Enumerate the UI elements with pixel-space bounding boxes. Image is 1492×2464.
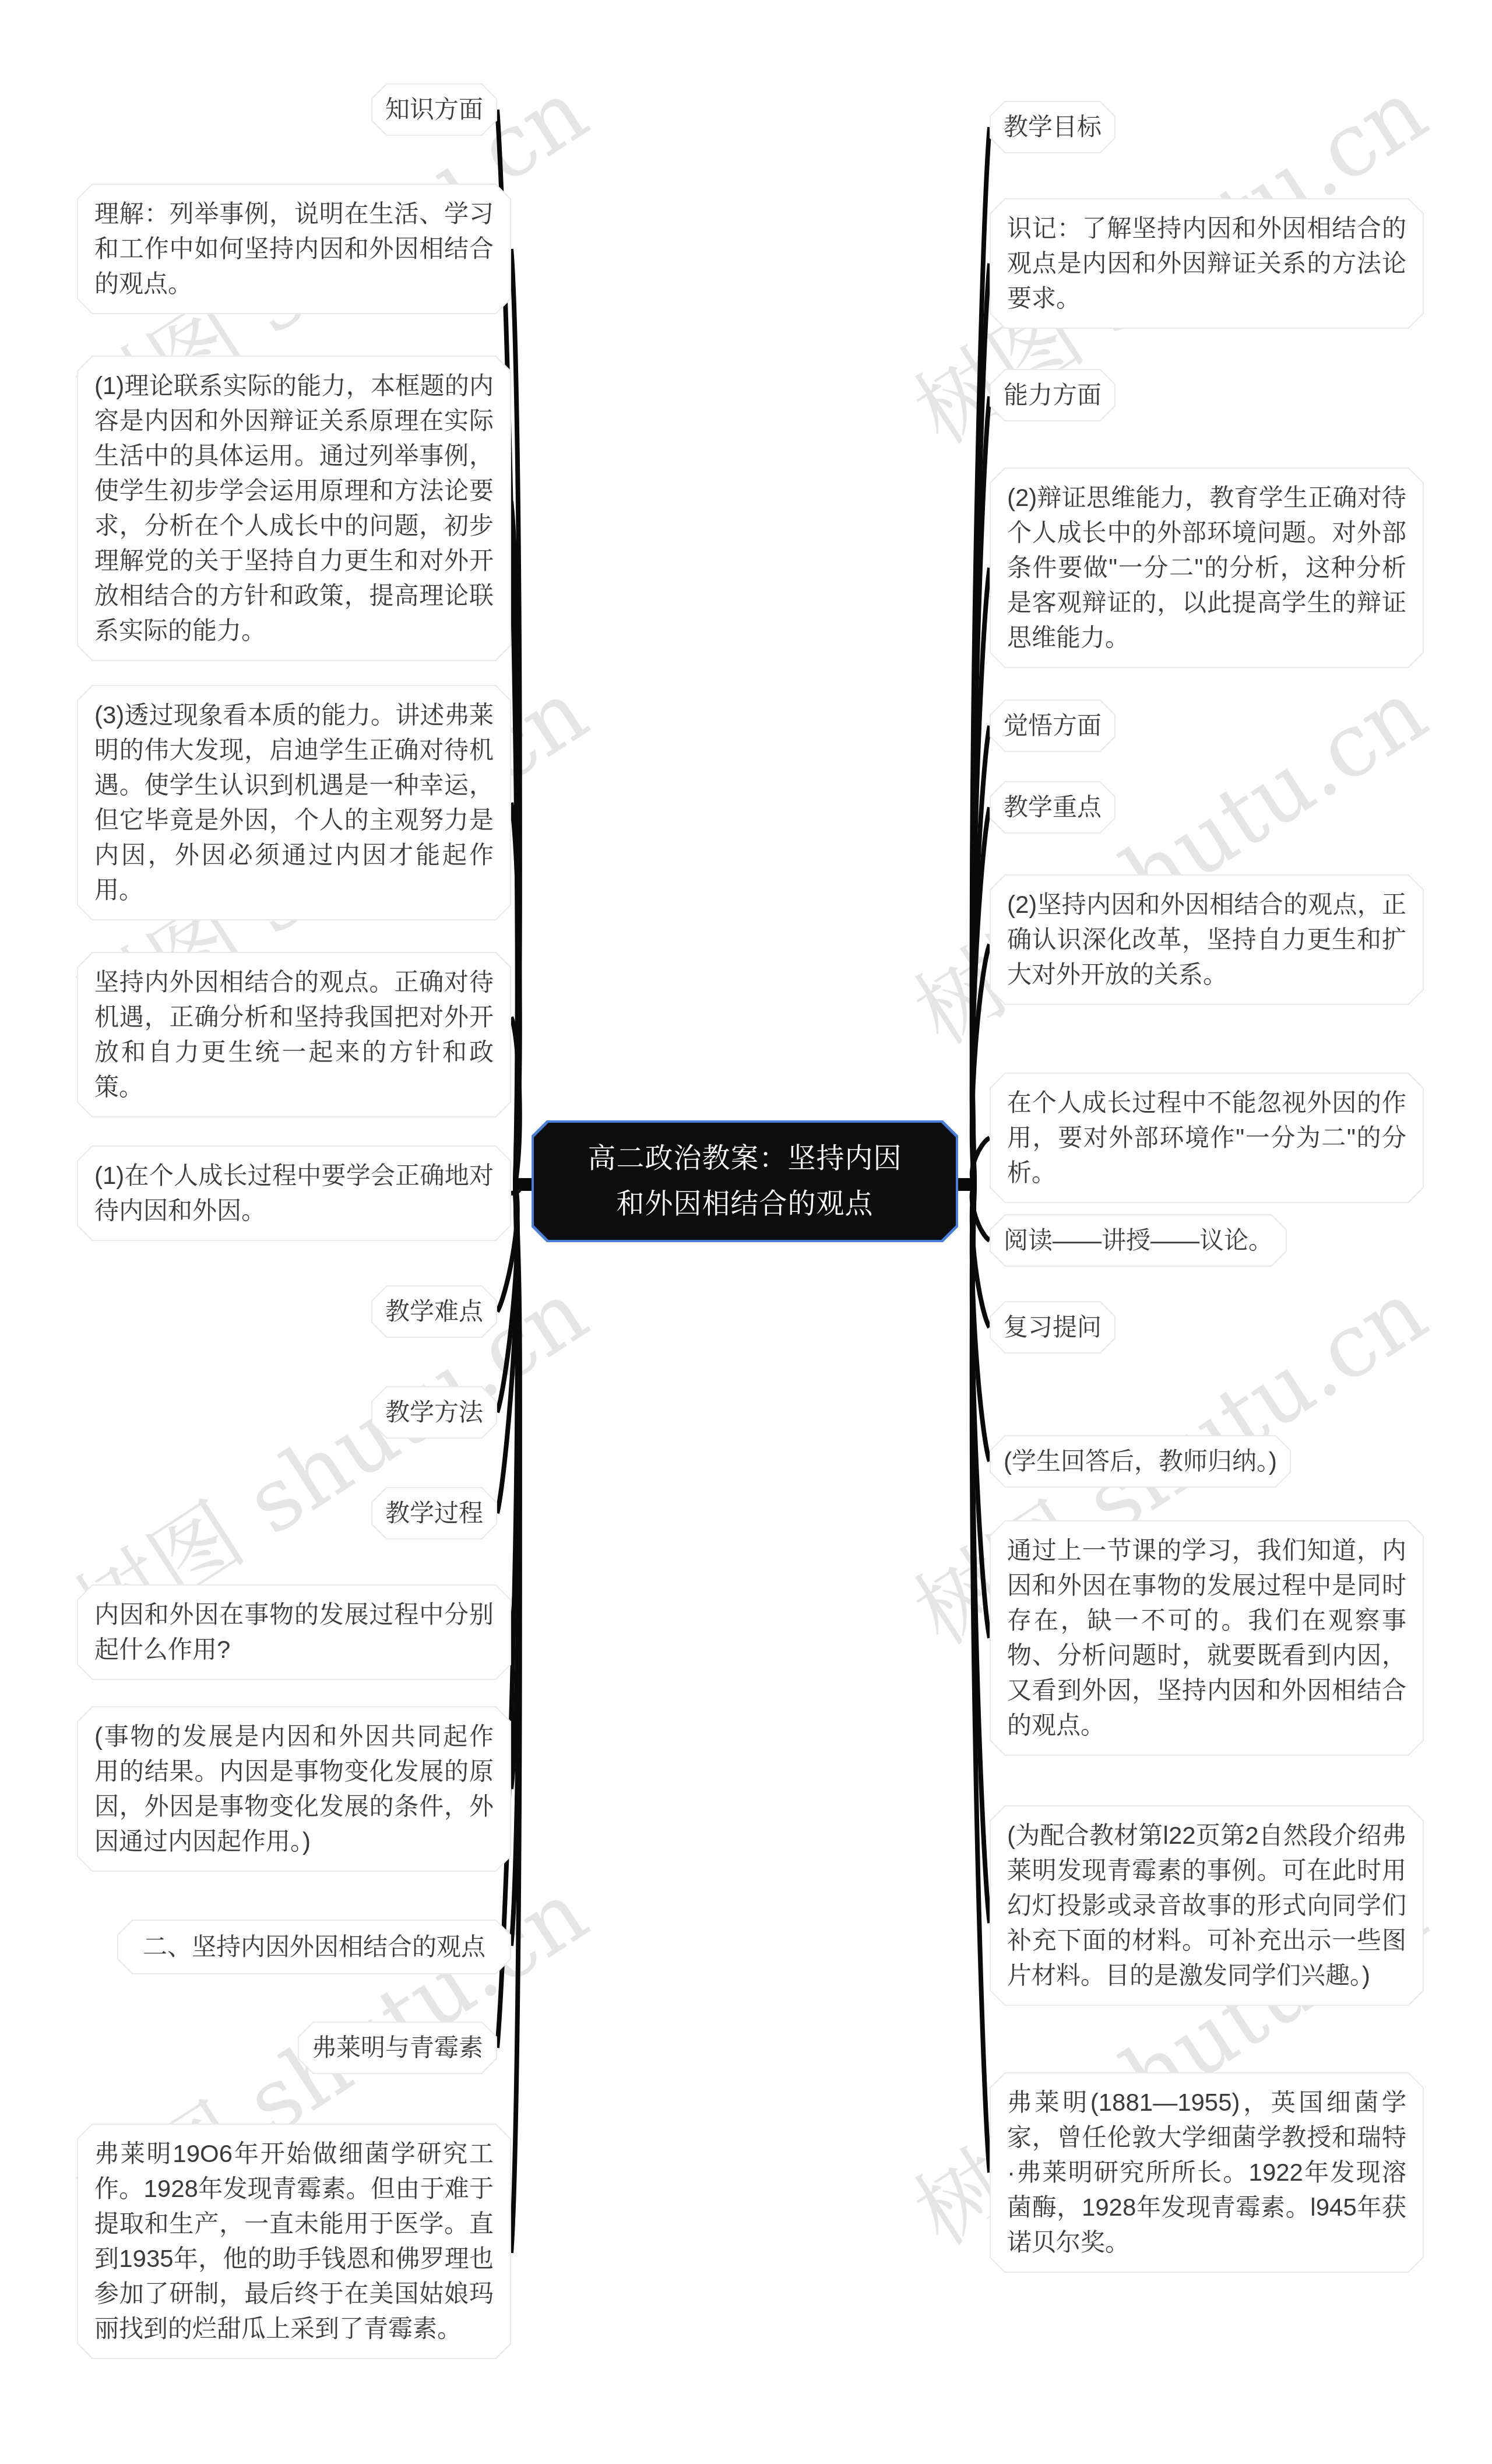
node-knowledge-aspect[interactable]: 知识方面 bbox=[371, 83, 497, 136]
node-teaching-focus[interactable]: 教学重点 bbox=[990, 781, 1116, 834]
node-teacher-summary-text: (学生回答后，教师归纳。) bbox=[991, 1436, 1290, 1486]
node-understanding[interactable]: 理解：列举事例，说明在生活、学习和工作中如何坚持内因和外因相结合的观点。 bbox=[77, 184, 511, 314]
mindmap-canvas: 树图 shutu.cn 树图 shutu.cn 树图 shutu.cn 树图 s… bbox=[0, 0, 1492, 2464]
node-persist-viewpoint-text: 坚持内外因相结合的观点。正确对待机遇，正确分析和坚持我国把对外开放和自力更生统一… bbox=[78, 953, 510, 1116]
node-method-line-text: 阅读——讲授——议论。 bbox=[991, 1215, 1286, 1266]
node-teaching-method-text: 教学方法 bbox=[372, 1387, 496, 1437]
node-awareness-aspect-text: 觉悟方面 bbox=[991, 701, 1114, 751]
node-teaching-goal-text: 教学目标 bbox=[991, 102, 1114, 152]
node-ability-1-text: (1)理论联系实际的能力，本框题的内容是内因和外因辩证关系原理在实际生活中的具体… bbox=[78, 357, 510, 660]
node-fleming-penicillin-text: 弗莱明与青霉素 bbox=[299, 2023, 496, 2073]
node-last-lesson[interactable]: 通过上一节课的学习，我们知道，内因和外因在事物的发展过程中是同时存在，缺一不可的… bbox=[990, 1520, 1424, 1756]
node-dialectical[interactable]: (2)辩证思维能力，教育学生正确对待个人成长中的外部环境问题。对外部条件要做"一… bbox=[990, 468, 1424, 668]
node-growth-external[interactable]: 在个人成长过程中不能忽视外因的作用，要对外部环境作"一分为二"的分析。 bbox=[990, 1073, 1424, 1203]
node-last-lesson-text: 通过上一节课的学习，我们知道，内因和外因在事物的发展过程中是同时存在，缺一不可的… bbox=[991, 1521, 1423, 1755]
node-fleming-bio[interactable]: 弗莱明(1881—1955)，英国细菌学家，曾任伦敦大学细菌学教授和瑞特·弗莱明… bbox=[990, 2072, 1424, 2273]
node-teacher-summary[interactable]: (学生回答后，教师归纳。) bbox=[990, 1435, 1291, 1488]
node-teaching-method[interactable]: 教学方法 bbox=[371, 1386, 497, 1439]
node-fleming-penicillin[interactable]: 弗莱明与青霉素 bbox=[298, 2022, 497, 2074]
node-ability-aspect-text: 能力方面 bbox=[991, 370, 1114, 420]
node-knowledge-aspect-text: 知识方面 bbox=[372, 85, 496, 135]
node-ability-3[interactable]: (3)透过现象看本质的能力。讲述弗莱明的伟大发现，启迪学生正确对待机遇。使学生认… bbox=[77, 685, 511, 920]
node-question-roles-text: 内因和外因在事物的发展过程中分别起什么作用? bbox=[78, 1586, 510, 1679]
node-answer-roles-text: (事物的发展是内因和外因共同起作用的结果。内因是事物变化发展的原因，外因是事物变… bbox=[78, 1707, 510, 1871]
node-understanding-text: 理解：列举事例，说明在生活、学习和工作中如何坚持内因和外因相结合的观点。 bbox=[78, 185, 510, 313]
node-growth-point-text: (1)在个人成长过程中要学会正确地对待内因和外因。 bbox=[78, 1147, 510, 1240]
node-section2-title[interactable]: 二、坚持内因外因相结合的观点 bbox=[117, 1920, 511, 1974]
node-answer-roles[interactable]: (事物的发展是内因和外因共同起作用的结果。内因是事物变化发展的原因，外因是事物变… bbox=[77, 1706, 511, 1872]
node-teaching-goal[interactable]: 教学目标 bbox=[990, 101, 1116, 153]
node-teaching-focus-text: 教学重点 bbox=[991, 782, 1114, 832]
node-textbook-note-text: (为配合教材第l22页第2自然段介绍弗莱明发现青霉素的事例。可在此时用幻灯投影或… bbox=[991, 1806, 1423, 2005]
node-growth-point[interactable]: (1)在个人成长过程中要学会正确地对待内因和外因。 bbox=[77, 1145, 511, 1241]
node-review-question[interactable]: 复习提问 bbox=[990, 1301, 1116, 1354]
node-teaching-process-text: 教学过程 bbox=[372, 1488, 496, 1538]
node-focus-content-text: (2)坚持内因和外因相结合的观点，正确认识深化改革，坚持自力更生和扩大对外开放的… bbox=[991, 876, 1423, 1004]
node-teaching-process[interactable]: 教学过程 bbox=[371, 1487, 497, 1539]
node-dialectical-text: (2)辩证思维能力，教育学生正确对待个人成长中的外部环境问题。对外部条件要做"一… bbox=[991, 469, 1423, 667]
node-section2-title-text: 二、坚持内因外因相结合的观点 bbox=[118, 1921, 510, 1973]
node-review-question-text: 复习提问 bbox=[991, 1302, 1114, 1352]
node-awareness-aspect[interactable]: 觉悟方面 bbox=[990, 700, 1116, 752]
node-method-line[interactable]: 阅读——讲授——议论。 bbox=[990, 1214, 1287, 1267]
center-topic-node[interactable]: 高二政治教案：坚持内因 和外因相结合的观点 bbox=[532, 1120, 958, 1242]
node-fleming-story[interactable]: 弗莱明19O6年开始做细菌学研究工作。1928年发现青霉素。但由于难于提取和生产… bbox=[77, 2124, 511, 2359]
node-teaching-difficulty[interactable]: 教学难点 bbox=[371, 1285, 497, 1338]
node-memorize-text: 识记：了解坚持内因和外因相结合的观点是内因和外因辩证关系的方法论要求。 bbox=[991, 199, 1423, 328]
node-persist-viewpoint[interactable]: 坚持内外因相结合的观点。正确对待机遇，正确分析和坚持我国把对外开放和自力更生统一… bbox=[77, 952, 511, 1117]
node-fleming-bio-text: 弗莱明(1881—1955)，英国细菌学家，曾任伦敦大学细菌学教授和瑞特·弗莱明… bbox=[991, 2073, 1423, 2272]
node-ability-1[interactable]: (1)理论联系实际的能力，本框题的内容是内因和外因辩证关系原理在实际生活中的具体… bbox=[77, 356, 511, 661]
node-memorize[interactable]: 识记：了解坚持内因和外因相结合的观点是内因和外因辩证关系的方法论要求。 bbox=[990, 198, 1424, 329]
node-question-roles[interactable]: 内因和外因在事物的发展过程中分别起什么作用? bbox=[77, 1584, 511, 1680]
node-growth-external-text: 在个人成长过程中不能忽视外因的作用，要对外部环境作"一分为二"的分析。 bbox=[991, 1074, 1423, 1202]
node-ability-aspect[interactable]: 能力方面 bbox=[990, 369, 1116, 421]
center-topic-title: 高二政治教案：坚持内因 和外因相结合的观点 bbox=[534, 1123, 956, 1240]
node-teaching-difficulty-text: 教学难点 bbox=[372, 1287, 496, 1337]
node-textbook-note[interactable]: (为配合教材第l22页第2自然段介绍弗莱明发现青霉素的事例。可在此时用幻灯投影或… bbox=[990, 1805, 1424, 2006]
node-ability-3-text: (3)透过现象看本质的能力。讲述弗莱明的伟大发现，启迪学生正确对待机遇。使学生认… bbox=[78, 686, 510, 919]
node-fleming-story-text: 弗莱明19O6年开始做细菌学研究工作。1928年发现青霉素。但由于难于提取和生产… bbox=[78, 2125, 510, 2358]
node-focus-content[interactable]: (2)坚持内因和外因相结合的观点，正确认识深化改革，坚持自力更生和扩大对外开放的… bbox=[990, 874, 1424, 1005]
